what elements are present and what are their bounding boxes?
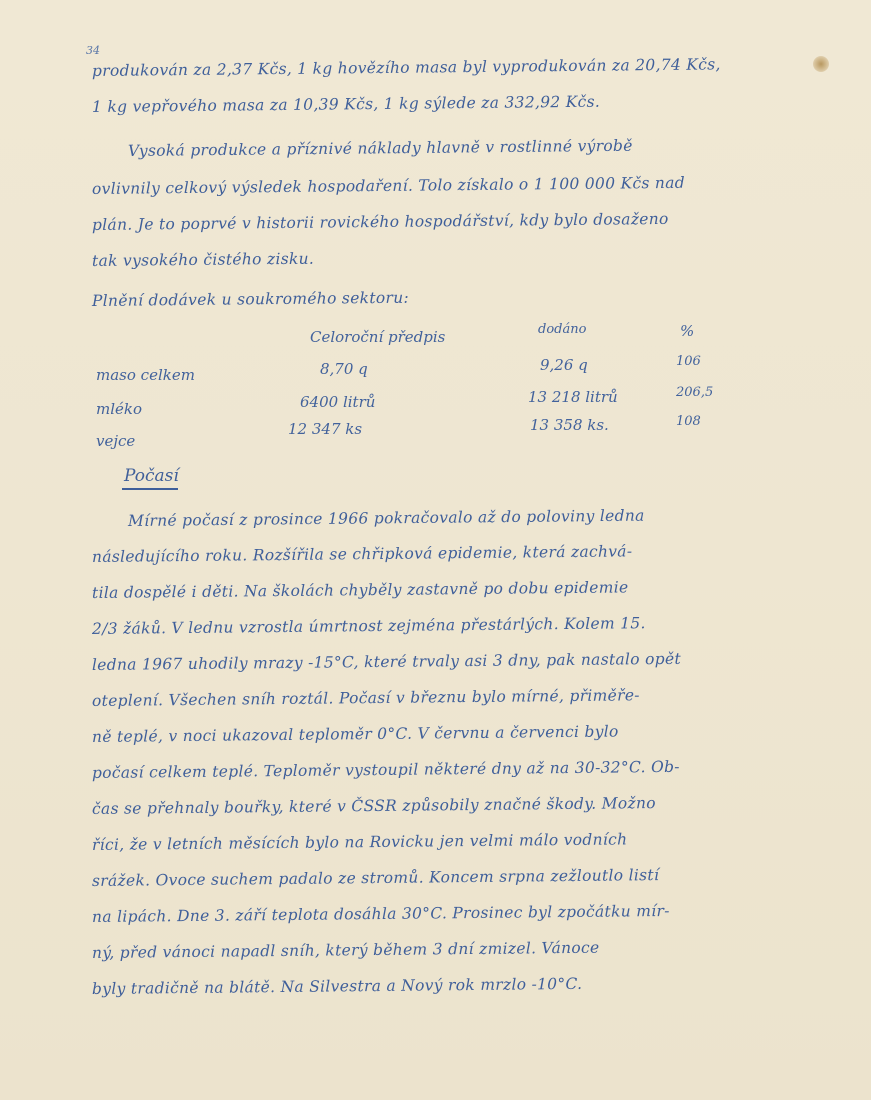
paragraph2-line: ovlivnily celkový výsledek hospodaření. … (92, 174, 685, 198)
weather-line: říci, že v letních měsících bylo na Rovi… (92, 830, 628, 854)
weather-heading: Počasí (124, 466, 179, 486)
weather-line: srážek. Ovoce suchem padalo ze stromů. K… (92, 866, 659, 890)
paragraph1-line: 1 kg vepřového masa za 10,39 Kčs, 1 kg s… (92, 93, 600, 116)
weather-line: následujícího roku. Rozšířila se chřipko… (92, 542, 633, 566)
weather-line: byly tradičně na blátě. Na Silvestra a N… (92, 975, 582, 998)
column-header-percent: % (680, 322, 694, 340)
manuscript-page: 34 produkován za 2,37 Kčs, 1 kg hovězího… (0, 0, 871, 1100)
weather-line: čas se přehnaly bouřky, které v ČSSR způ… (92, 794, 656, 818)
row-delivered: 9,26 q (540, 356, 588, 374)
weather-line: ledna 1967 uhodily mrazy -15°C, které tr… (92, 650, 681, 674)
row-item: maso celkem (96, 366, 195, 384)
row-percent: 106 (676, 354, 701, 369)
paragraph1-line: produkován za 2,37 Kčs, 1 kg hovězího ma… (92, 55, 721, 80)
row-plan: 12 347 ks (288, 420, 362, 438)
page-number: 34 (86, 44, 100, 57)
weather-line: počasí celkem teplé. Teploměr vystoupil … (92, 758, 680, 782)
paper-stain (813, 56, 829, 72)
deliveries-intro: Plnění dodávek u soukromého sektoru: (92, 289, 409, 310)
paragraph2-line: Vysoká produkce a příznivé náklady hlavn… (128, 137, 633, 160)
row-item: vejce (96, 432, 135, 450)
heading-underline (122, 488, 178, 490)
paragraph2-line: tak vysokého čistého zisku. (92, 250, 314, 270)
row-plan: 6400 litrů (300, 393, 375, 411)
paragraph2-line: plán. Je to poprvé v historii rovického … (92, 210, 669, 234)
weather-line: oteplení. Všechen sníh roztál. Počasí v … (92, 686, 640, 710)
weather-line: ný, před vánoci napadl sníh, který během… (92, 939, 600, 962)
row-delivered: 13 218 litrů (528, 388, 618, 406)
weather-line: ně teplé, v noci ukazoval teploměr 0°C. … (92, 722, 619, 746)
row-delivered: 13 358 ks. (530, 416, 609, 434)
column-header-plan: Celoroční předpis (310, 328, 445, 346)
weather-line: Mírné počasí z prosince 1966 pokračovalo… (128, 507, 645, 530)
weather-line: na lipách. Dne 3. září teplota dosáhla 3… (92, 902, 670, 926)
weather-line: tila dospělé i děti. Na školách chyběly … (92, 578, 629, 602)
row-item: mléko (96, 400, 142, 418)
row-percent: 206,5 (676, 385, 713, 400)
column-header-delivered: dodáno (538, 322, 586, 337)
weather-line: 2/3 žáků. V lednu vzrostla úmrtnost zejm… (92, 614, 646, 638)
row-plan: 8,70 q (320, 360, 368, 378)
row-percent: 108 (676, 414, 701, 429)
